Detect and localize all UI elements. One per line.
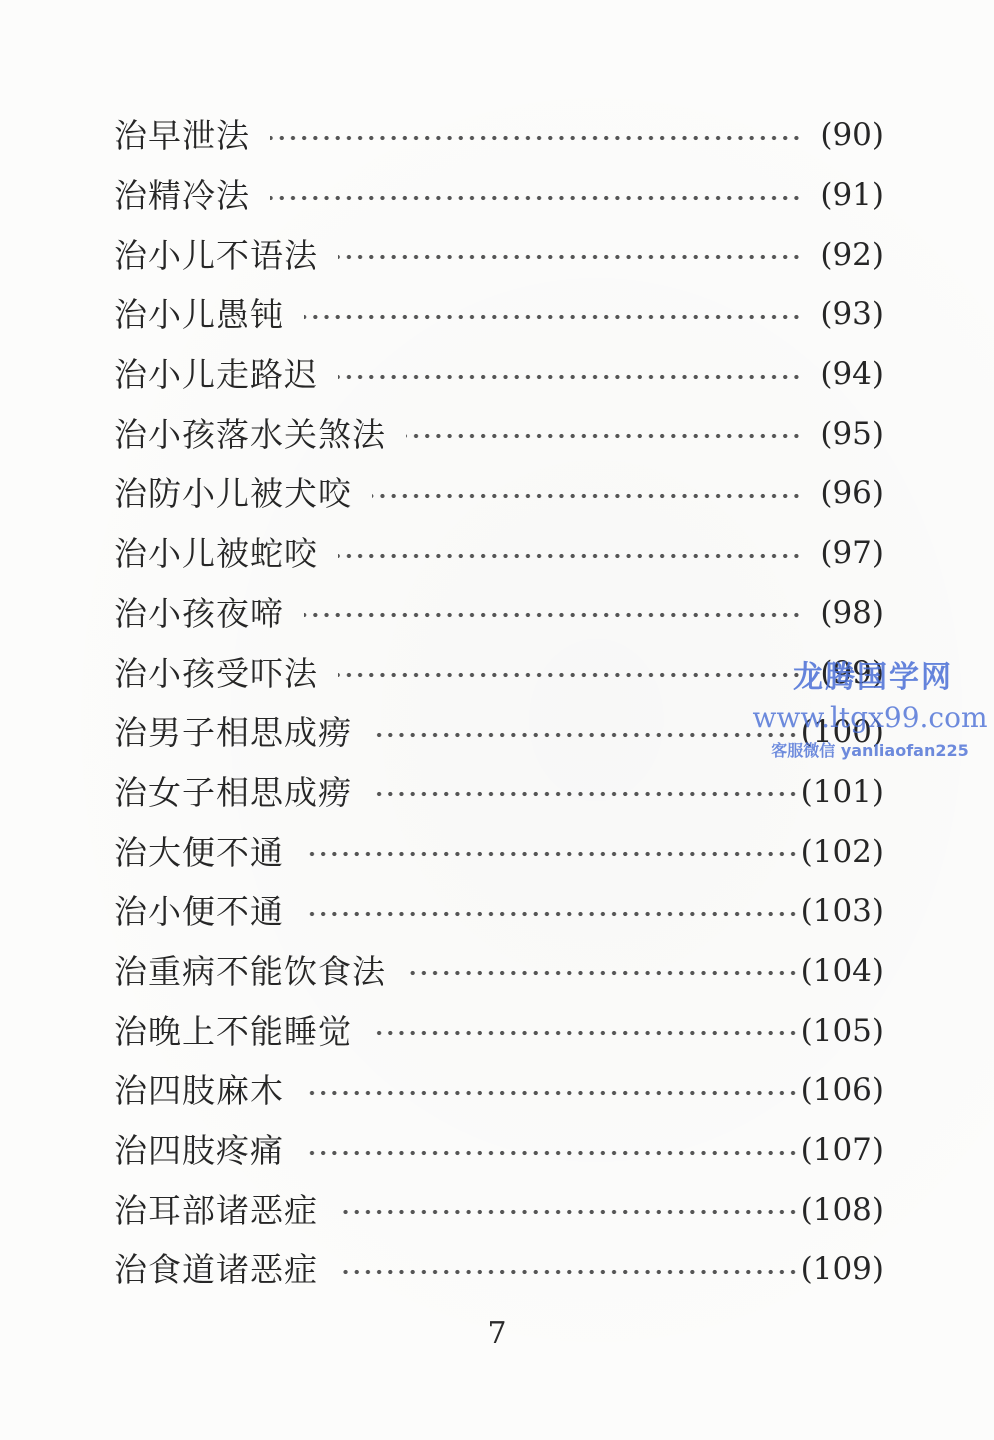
toc-entry-title: 治女子相思成痨 <box>114 776 372 809</box>
toc-entry: 治四肢麻木 (106) <box>114 1061 884 1121</box>
toc-entry-page: (102) <box>799 837 884 868</box>
toc-entry-title: 治重病不能饮食法 <box>114 955 406 988</box>
toc-entry-page: (101) <box>799 777 884 808</box>
toc-entry-page: (91) <box>802 180 884 211</box>
dot-leader <box>270 135 802 141</box>
dot-leader <box>338 1209 799 1215</box>
toc-entry-page: (103) <box>799 896 884 927</box>
toc-entry-page: (90) <box>802 120 884 151</box>
toc-entry-page: (100) <box>799 717 884 748</box>
dot-leader <box>338 374 802 380</box>
toc-entry-page: (98) <box>802 598 884 629</box>
toc-entry: 治大便不通 (102) <box>114 822 884 882</box>
toc-entry: 治精冷法 (91) <box>114 166 884 226</box>
dot-leader <box>372 493 802 499</box>
dot-leader <box>304 1090 799 1096</box>
toc-entry-page: (104) <box>799 956 884 987</box>
toc-entry-title: 治小便不通 <box>114 895 304 928</box>
toc-entry-page: (94) <box>802 359 884 390</box>
dot-leader <box>304 911 799 917</box>
toc-entry-title: 治耳部诸恶症 <box>114 1194 338 1227</box>
toc-entry-title: 治防小儿被犬咬 <box>114 477 372 510</box>
toc-entry: 治晚上不能睡觉 (105) <box>114 1001 884 1061</box>
toc-entry-page: (96) <box>802 478 884 509</box>
toc-entry-title: 治小儿愚钝 <box>114 298 304 331</box>
toc-entry-title: 治晚上不能睡觉 <box>114 1015 372 1048</box>
dot-leader <box>270 195 802 201</box>
toc-entry: 治小儿被蛇咬 (97) <box>114 524 884 584</box>
toc-entry-title: 治四肢疼痛 <box>114 1134 304 1167</box>
toc-entry-page: (107) <box>799 1135 884 1166</box>
table-of-contents: 治早泄法 (90) 治精冷法 (91) 治小儿不语法 (92) 治小儿愚钝 (9… <box>114 106 884 1300</box>
toc-entry: 治小儿不语法 (92) <box>114 225 884 285</box>
dot-leader <box>304 851 799 857</box>
dot-leader <box>406 433 802 439</box>
toc-entry: 治小便不通 (103) <box>114 882 884 942</box>
toc-entry-title: 治小儿走路迟 <box>114 358 338 391</box>
toc-entry-title: 治小孩落水关煞法 <box>114 418 406 451</box>
toc-entry-title: 治小儿被蛇咬 <box>114 537 338 570</box>
scanned-page: 治早泄法 (90) 治精冷法 (91) 治小儿不语法 (92) 治小儿愚钝 (9… <box>0 0 994 1440</box>
toc-entry-title: 治精冷法 <box>114 179 270 212</box>
dot-leader <box>372 732 799 738</box>
toc-entry-title: 治四肢麻木 <box>114 1074 304 1107</box>
toc-entry: 治小儿走路迟 (94) <box>114 345 884 405</box>
dot-leader <box>338 254 802 260</box>
toc-entry: 治防小儿被犬咬 (96) <box>114 464 884 524</box>
toc-entry-page: (95) <box>802 419 884 450</box>
toc-entry: 治女子相思成痨 (101) <box>114 763 884 823</box>
toc-entry: 治重病不能饮食法 (104) <box>114 942 884 1002</box>
toc-entry: 治小孩夜啼 (98) <box>114 584 884 644</box>
dot-leader <box>304 1150 799 1156</box>
toc-entry-page: (105) <box>799 1016 884 1047</box>
toc-entry-page: (106) <box>799 1075 884 1106</box>
toc-entry-title: 治食道诸恶症 <box>114 1253 338 1286</box>
toc-entry-page: (93) <box>802 299 884 330</box>
toc-entry-page: (108) <box>799 1195 884 1226</box>
toc-entry: 治早泄法 (90) <box>114 106 884 166</box>
toc-entry-title: 治小孩夜啼 <box>114 597 304 630</box>
dot-leader <box>406 970 799 976</box>
toc-entry: 治小孩落水关煞法 (95) <box>114 404 884 464</box>
toc-entry: 治小儿愚钝 (93) <box>114 285 884 345</box>
toc-entry: 治男子相思成痨 (100) <box>114 703 884 763</box>
toc-entry-title: 治早泄法 <box>114 119 270 152</box>
dot-leader <box>372 791 799 797</box>
toc-entry-title: 治小儿不语法 <box>114 239 338 272</box>
toc-entry: 治小孩受吓法 (99) <box>114 643 884 703</box>
toc-entry: 治食道诸恶症 (109) <box>114 1240 884 1300</box>
dot-leader <box>338 672 802 678</box>
dot-leader <box>372 1030 799 1036</box>
page-number: 7 <box>0 1316 994 1351</box>
dot-leader <box>338 1269 799 1275</box>
dot-leader <box>304 612 802 618</box>
toc-entry-title: 治大便不通 <box>114 836 304 869</box>
toc-entry-page: (99) <box>802 658 884 689</box>
toc-entry: 治四肢疼痛 (107) <box>114 1121 884 1181</box>
toc-entry-title: 治小孩受吓法 <box>114 657 338 690</box>
toc-entry: 治耳部诸恶症 (108) <box>114 1180 884 1240</box>
toc-entry-page: (109) <box>799 1254 884 1285</box>
toc-entry-title: 治男子相思成痨 <box>114 716 372 749</box>
dot-leader <box>338 553 802 559</box>
toc-entry-page: (97) <box>802 538 884 569</box>
toc-entry-page: (92) <box>802 240 884 271</box>
dot-leader <box>304 314 802 320</box>
